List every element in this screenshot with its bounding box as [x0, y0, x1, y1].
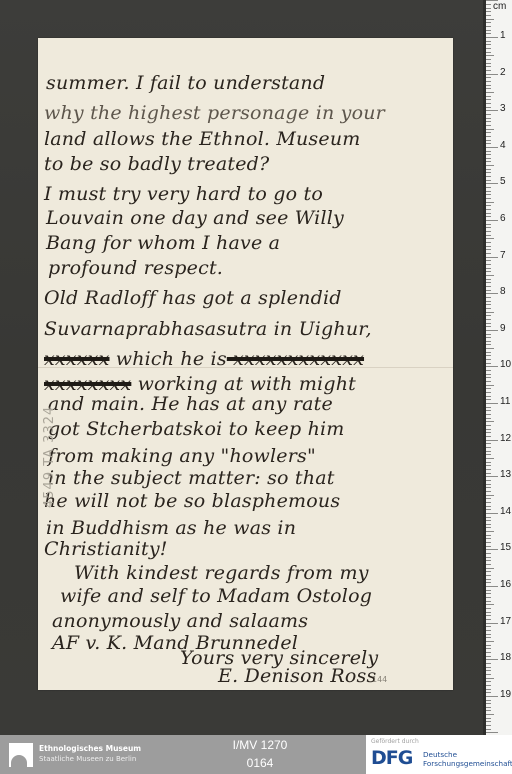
ruler-tick [486, 70, 491, 71]
ruler-tick [486, 107, 491, 108]
ruler-tick [486, 114, 491, 115]
ruler-number: 7 [500, 250, 506, 261]
ruler-tick [486, 308, 491, 309]
ruler-tick [486, 344, 491, 345]
ruler-tick [486, 33, 491, 34]
ruler-tick [486, 476, 498, 477]
manuscript-line: and main. He has at any rate [48, 393, 333, 415]
ruler-tick [486, 465, 491, 466]
ruler-tick [486, 586, 498, 587]
ruler-tick [486, 81, 491, 82]
ruler-tick [486, 183, 498, 184]
ruler-tick [486, 290, 491, 291]
ruler-number: 16 [500, 579, 511, 590]
manuscript-line: xxxxxx which he is xxxxxxxxxxxx [44, 348, 364, 370]
ruler-tick [486, 191, 491, 192]
ruler-tick [486, 26, 491, 27]
manuscript-line: E. Denison Ross [218, 665, 376, 687]
ruler-tick [486, 293, 498, 294]
ruler-tick [486, 652, 491, 653]
ruler-tick [486, 506, 491, 507]
ruler-number: 13 [500, 469, 511, 480]
ruler-tick [486, 696, 498, 697]
ruler-tick [486, 721, 491, 722]
ruler-tick [486, 608, 491, 609]
ruler-tick [486, 77, 491, 78]
ruler-number: 10 [500, 359, 511, 370]
ruler-tick [486, 571, 491, 572]
ruler-tick [486, 103, 491, 104]
ruler-tick [486, 451, 491, 452]
ruler-tick [486, 729, 491, 730]
ruler-tick [486, 231, 491, 232]
ruler-tick [486, 147, 498, 148]
ruler-tick [486, 125, 491, 126]
ruler-tick [486, 319, 491, 320]
ruler-tick [486, 85, 491, 86]
funder-name-line2: Forschungsgemeinschaft [423, 759, 512, 768]
ruler-number: 5 [500, 176, 506, 187]
ruler-tick [486, 44, 491, 45]
manuscript-line: he will not be so blasphemous [44, 490, 340, 512]
ruler-tick [486, 440, 498, 441]
ruler-tick [486, 648, 491, 649]
ruler-tick [486, 615, 491, 616]
ruler-tick [486, 37, 498, 38]
ruler-tick [486, 432, 491, 433]
ruler-tick [486, 645, 491, 646]
pencil-archive-notation: 4549 TA 3324 [42, 406, 57, 508]
ruler-tick [486, 637, 491, 638]
ruler-tick [486, 271, 491, 272]
ruler-number: 19 [500, 689, 511, 700]
ruler-tick [486, 513, 498, 514]
ruler-tick [486, 399, 491, 400]
ruler-tick [486, 454, 491, 455]
ruler-tick [486, 275, 494, 276]
manuscript-line: in Buddhism as he was in [46, 517, 296, 539]
ruler-tick [486, 334, 491, 335]
ruler-tick [486, 535, 491, 536]
ruler-tick [486, 429, 491, 430]
manuscript-line: in the subject matter: so that [48, 467, 335, 489]
ruler-tick [486, 579, 491, 580]
ruler-tick [486, 242, 491, 243]
struck-out-text: xxxxxxxxxxxx [227, 348, 364, 370]
ruler-tick [486, 659, 498, 660]
funding-caption: Gefördert durch [371, 738, 419, 745]
ruler-tick [486, 718, 491, 719]
ruler-tick [486, 301, 491, 302]
ruler-tick [486, 323, 491, 324]
ruler-tick [486, 341, 491, 342]
ruler-tick [486, 297, 491, 298]
ruler-tick [486, 421, 494, 422]
ruler-tick [486, 370, 491, 371]
manuscript-line: why the highest personage in your [44, 102, 385, 124]
ruler-tick [486, 359, 491, 360]
ruler-tick [486, 154, 491, 155]
ruler-tick [486, 165, 494, 166]
ruler-tick [486, 0, 498, 1]
ruler-tick [486, 392, 491, 393]
ruler-tick [486, 509, 491, 510]
ruler-tick [486, 132, 491, 133]
ruler-tick [486, 209, 491, 210]
ruler-tick [486, 498, 491, 499]
ruler-tick [486, 707, 491, 708]
ruler-tick [486, 495, 494, 496]
ruler-number: 2 [500, 67, 506, 78]
ruler-tick [486, 689, 491, 690]
ruler-tick [486, 63, 491, 64]
ruler-tick [486, 593, 491, 594]
ruler-tick [486, 286, 491, 287]
manuscript-line: from making any "howlers" [48, 445, 316, 467]
ruler-tick [486, 213, 491, 214]
ruler-tick [486, 612, 491, 613]
ruler-tick [486, 4, 491, 5]
manuscript-line: With kindest regards from my [74, 562, 369, 584]
ruler-number: 9 [500, 323, 506, 334]
ruler-tick [486, 268, 491, 269]
ruler-unit-label: cm [493, 1, 506, 12]
ruler-tick [486, 520, 491, 521]
ruler-tick [486, 458, 494, 459]
ruler-tick [486, 710, 491, 711]
manuscript-line: Old Radloff has got a splendid [44, 287, 342, 309]
ruler-tick [486, 604, 494, 605]
ruler-tick [486, 692, 491, 693]
ruler-tick [486, 121, 491, 122]
ruler-tick [486, 279, 491, 280]
ruler-tick [486, 216, 491, 217]
ruler-tick [486, 136, 491, 137]
manuscript-line: anonymously and salaams [52, 610, 308, 632]
ruler-tick [486, 312, 494, 313]
ruler-tick [486, 480, 491, 481]
ruler-tick [486, 235, 491, 236]
ruler-tick [486, 41, 491, 42]
ruler-tick [486, 282, 491, 283]
ruler-tick [486, 22, 491, 23]
ruler-tick [486, 641, 494, 642]
ruler-tick [486, 315, 491, 316]
struck-out-text: xxxxxxxx [44, 373, 131, 395]
ruler-tick [486, 703, 491, 704]
ruler-tick [486, 414, 491, 415]
ruler-tick [486, 656, 491, 657]
ruler-tick [486, 560, 491, 561]
ruler-tick [486, 249, 491, 250]
ruler-tick [486, 377, 491, 378]
ruler-number: 3 [500, 103, 506, 114]
cm-scale-ruler: cm 12345678910111213141516171819 [483, 0, 512, 735]
struck-out-text: xxxxxx [44, 348, 110, 370]
ruler-tick [486, 74, 498, 75]
ruler-tick [486, 55, 494, 56]
ruler-tick [486, 491, 491, 492]
ruler-tick [486, 634, 491, 635]
ruler-tick [486, 99, 491, 100]
funder-name-line1: Deutsche [423, 750, 457, 759]
ruler-tick [486, 502, 491, 503]
ruler-tick [486, 352, 491, 353]
ruler-tick [486, 224, 491, 225]
ruler-number: 11 [500, 396, 510, 407]
ruler-tick [486, 568, 494, 569]
ruler-number: 17 [500, 616, 511, 627]
inventory-number: I/MV 1270 [200, 738, 320, 752]
ruler-tick [486, 48, 491, 49]
ruler-tick [486, 8, 491, 9]
dfg-logo-icon: DFG [371, 747, 412, 769]
ruler-tick [486, 685, 491, 686]
ruler-tick [486, 260, 491, 261]
ruler-tick [486, 220, 498, 221]
ruler-tick [486, 337, 491, 338]
ruler-tick [486, 473, 491, 474]
ruler-tick [486, 418, 491, 419]
ruler-tick [486, 388, 491, 389]
ruler-tick [486, 725, 491, 726]
manuscript-line: got Stcherbatskoi to keep him [48, 418, 345, 440]
ruler-tick [486, 403, 498, 404]
ruler-tick [486, 678, 494, 679]
ruler-tick [486, 396, 491, 397]
ruler-tick [486, 253, 491, 254]
ruler-tick [486, 484, 491, 485]
ruler-tick [486, 11, 491, 12]
manuscript-line: I must try very hard to go to [44, 183, 323, 205]
ruler-tick [486, 601, 491, 602]
ruler-tick [486, 443, 491, 444]
ruler-tick [486, 330, 498, 331]
ruler-number: 15 [500, 542, 511, 553]
ruler-tick [486, 355, 491, 356]
ruler-tick [486, 19, 494, 20]
ruler-tick [486, 202, 494, 203]
manuscript-line: Bang for whom I have a [46, 232, 280, 254]
manuscript-line: profound respect. [48, 257, 223, 279]
ruler-tick [486, 626, 491, 627]
ruler-tick [486, 161, 491, 162]
museum-logo-icon [9, 743, 33, 767]
ruler-tick [486, 176, 491, 177]
ruler-tick [486, 385, 494, 386]
ruler-tick [486, 180, 491, 181]
ruler-tick [486, 52, 491, 53]
ruler-tick [486, 623, 498, 624]
archive-footer: Ethnologisches Museum Staatliche Museen … [0, 735, 512, 774]
ruler-tick [486, 524, 491, 525]
ruler-tick [486, 410, 491, 411]
ruler-tick [486, 436, 491, 437]
ruler-tick [486, 619, 491, 620]
ruler-tick [486, 257, 498, 258]
folio-number: 144 [372, 675, 387, 684]
ruler-tick [486, 681, 491, 682]
ruler-tick [486, 670, 491, 671]
ruler-tick [486, 630, 491, 631]
manuscript-line: Suvarnaprabhasasutra in Uighur, [44, 318, 372, 340]
ruler-tick [486, 700, 491, 701]
manuscript-line: land allows the Ethnol. Museum [44, 128, 361, 150]
ruler-tick [486, 59, 491, 60]
ruler-number: 14 [500, 506, 511, 517]
ruler-tick [486, 538, 491, 539]
manuscript-line: to be so badly treated? [44, 153, 269, 175]
manuscript-line: Christianity! [44, 538, 168, 560]
ruler-tick [486, 663, 491, 664]
ruler-tick [486, 732, 498, 733]
ruler-number: 8 [500, 286, 506, 297]
ruler-tick [486, 590, 491, 591]
ruler-tick [486, 597, 491, 598]
ruler-tick [486, 227, 491, 228]
ruler-tick [486, 557, 491, 558]
ruler-tick [486, 326, 491, 327]
ruler-tick [486, 546, 491, 547]
ruler-tick [486, 582, 491, 583]
ruler-tick [486, 487, 491, 488]
ruler-number: 1 [500, 30, 506, 41]
ruler-tick [486, 348, 494, 349]
ruler-tick [486, 30, 491, 31]
ruler-tick [486, 564, 491, 565]
ruler-tick [486, 66, 491, 67]
funder-panel: Gefördert durch DFG Deutsche Forschungsg… [366, 735, 512, 774]
ruler-tick [486, 110, 498, 111]
ruler-number: 18 [500, 652, 511, 663]
ruler-tick [486, 92, 494, 93]
ruler-tick [486, 187, 491, 188]
ruler-tick [486, 407, 491, 408]
ruler-tick [486, 462, 491, 463]
institution-name: Ethnologisches Museum [39, 744, 141, 753]
ruler-tick [486, 15, 491, 16]
ruler-number: 4 [500, 140, 506, 151]
ruler-tick [486, 151, 491, 152]
manuscript-line: summer. I fail to understand [46, 72, 325, 94]
ruler-tick [486, 304, 491, 305]
manuscript-line: Louvain one day and see Willy [46, 207, 344, 229]
ruler-tick [486, 140, 491, 141]
ruler-tick [486, 198, 491, 199]
ruler-tick [486, 714, 494, 715]
ruler-tick [486, 246, 491, 247]
ruler-tick [486, 553, 491, 554]
ruler-tick [486, 88, 491, 89]
ruler-tick [486, 549, 498, 550]
page-number: 0164 [200, 756, 320, 770]
ruler-tick [486, 674, 491, 675]
ruler-number: 12 [500, 433, 511, 444]
ruler-tick [486, 264, 491, 265]
ruler-tick [486, 205, 491, 206]
ruler-tick [486, 425, 491, 426]
ruler-number: 6 [500, 213, 506, 224]
ruler-tick [486, 469, 491, 470]
institution-subtitle: Staatliche Museen zu Berlin [39, 755, 136, 763]
ruler-tick [486, 118, 491, 119]
manuscript-line: xxxxxxxx working at with might [44, 373, 356, 395]
ruler-tick [486, 542, 491, 543]
ruler-tick [486, 531, 494, 532]
ruler-tick [486, 238, 494, 239]
ruler-tick [486, 143, 491, 144]
ruler-tick [486, 381, 491, 382]
ruler-tick [486, 374, 491, 375]
ruler-tick [486, 575, 491, 576]
manuscript-line: wife and self to Madam Ostolog [60, 585, 372, 607]
ruler-tick [486, 366, 498, 367]
letter-page: summer. I fail to understandwhy the high… [38, 38, 453, 690]
ruler-tick [486, 129, 494, 130]
ruler-tick [486, 527, 491, 528]
ruler-tick [486, 194, 491, 195]
ruler-tick [486, 158, 491, 159]
ruler-tick [486, 447, 491, 448]
ruler-tick [486, 172, 491, 173]
ruler-tick [486, 169, 491, 170]
ruler-tick [486, 96, 491, 97]
ruler-tick [486, 363, 491, 364]
ruler-tick [486, 667, 491, 668]
ruler-tick [486, 517, 491, 518]
